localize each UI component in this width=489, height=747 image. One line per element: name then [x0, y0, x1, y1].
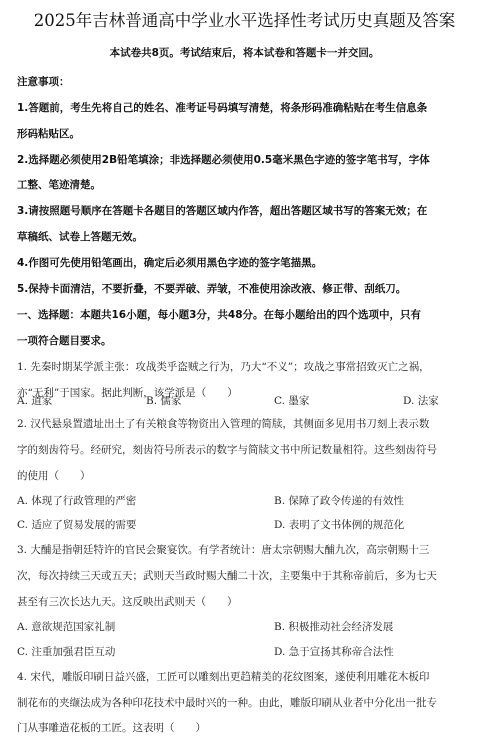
- question-2-line-2: 字的刻齿符号。经研究，刻齿符号所表示的数字与简牍文书中所记数量相符。这些刻齿符号: [17, 443, 437, 457]
- question-4-line-3: 门从事雕造花板的工匠。这表明（ ）: [17, 721, 206, 735]
- question-3-option-d: D. 急于宣扬其称帝合法性: [274, 645, 394, 659]
- notice-1-line-2: 形码粘贴区。: [17, 127, 80, 141]
- question-2-option-c: C. 适应了贸易发展的需要: [17, 518, 136, 532]
- question-3-line-3: 甚至有三次长达九天。这反映出武则天（ ）: [17, 595, 238, 609]
- question-1-option-d: D. 法家: [403, 394, 439, 408]
- notice-2-line-1: 2.选择题必须使用2B铅笔填涂；非选择题必须使用0.5毫米黑色字迹的签字笔书写，…: [17, 153, 430, 167]
- notice-4: 4.作图可先使用铅笔画出，确定后必须用黑色字迹的签字笔描黑。: [17, 256, 322, 270]
- question-3-option-b: B. 积极推动社会经济发展: [274, 620, 393, 634]
- question-2-option-b: B. 保障了政令传递的有效性: [274, 494, 404, 508]
- section-heading-line-1: 一、选择题：本题共16小题，每小题3分，共48分。在每小题给出的四个选项中，只有: [17, 308, 421, 322]
- notice-3-line-1: 3.请按照题号顺序在答题卡各题目的答题区域内作答，超出答题区域书写的答案无效；在: [17, 204, 427, 218]
- question-2-line-1: 2. 汉代悬泉置遗址出土了有关粮食等物资出入管理的简牍，其侧面多见用书刀刻上表示…: [17, 417, 429, 431]
- notice-2-line-2: 工整、笔迹清楚。: [17, 178, 101, 192]
- question-3-line-2: 次，每次持续三天或五天；武则天当政时赐大酺二十次，主要集中于其称帝前后，多为七天: [17, 569, 437, 583]
- document-title: 2025年吉林普通高中学业水平选择性考试历史真题及答案: [0, 10, 489, 32]
- question-2-line-3: 的使用（ ）: [17, 469, 91, 483]
- question-3-option-a: A. 意欲规范国家礼制: [17, 620, 115, 634]
- question-4-line-2: 制花布的夹缬法成为各种印花技术中最时兴的一种。由此，雕版印刷从业者中分化出一批专: [17, 696, 437, 710]
- notice-5: 5.保持卡面清洁，不要折叠，不要弄破、弄皱，不准使用涂改液、修正带、刮纸刀。: [17, 282, 406, 296]
- question-3-line-1: 3. 大酺是指朝廷特许的官民会聚宴饮。有学者统计：唐太宗朝赐大酺九次，高宗朝赐十…: [17, 543, 429, 557]
- notice-heading: 注意事项：: [17, 75, 70, 89]
- question-1-option-a: A. 道家: [17, 394, 52, 408]
- question-1-option-b: B. 儒家: [146, 394, 181, 408]
- exam-page: 2025年吉林普通高中学业水平选择性考试历史真题及答案 本试卷共8页。考试结束后…: [0, 0, 489, 747]
- notice-3-line-2: 草稿纸、试卷上答题无效。: [17, 230, 143, 244]
- question-3-option-c: C. 注重加强君臣互动: [17, 645, 115, 659]
- section-heading-line-2: 一项符合题目要求。: [17, 334, 112, 348]
- question-2-option-a: A. 体现了行政管理的严密: [17, 494, 136, 508]
- document-subtitle: 本试卷共8页。考试结束后，将本试卷和答题卡一并交回。: [0, 46, 489, 60]
- question-4-line-1: 4. 宋代，雕版印刷日益兴盛，工匠可以雕刻出更趋精美的花纹图案，遂使利用雕花木板…: [17, 670, 429, 684]
- question-1-line-1: 1. 先秦时期某学派主张：攻战类乎盗贼之行为，乃大“不义”；攻战之事常招致灭亡之…: [17, 360, 430, 374]
- question-1-option-c: C. 墨家: [274, 394, 309, 408]
- question-2-option-d: D. 表明了文书体例的规范化: [274, 518, 404, 532]
- notice-1-line-1: 1.答题前，考生先将自己的姓名、准考证号码填写清楚，将条形码准确粘贴在考生信息条: [17, 101, 427, 115]
